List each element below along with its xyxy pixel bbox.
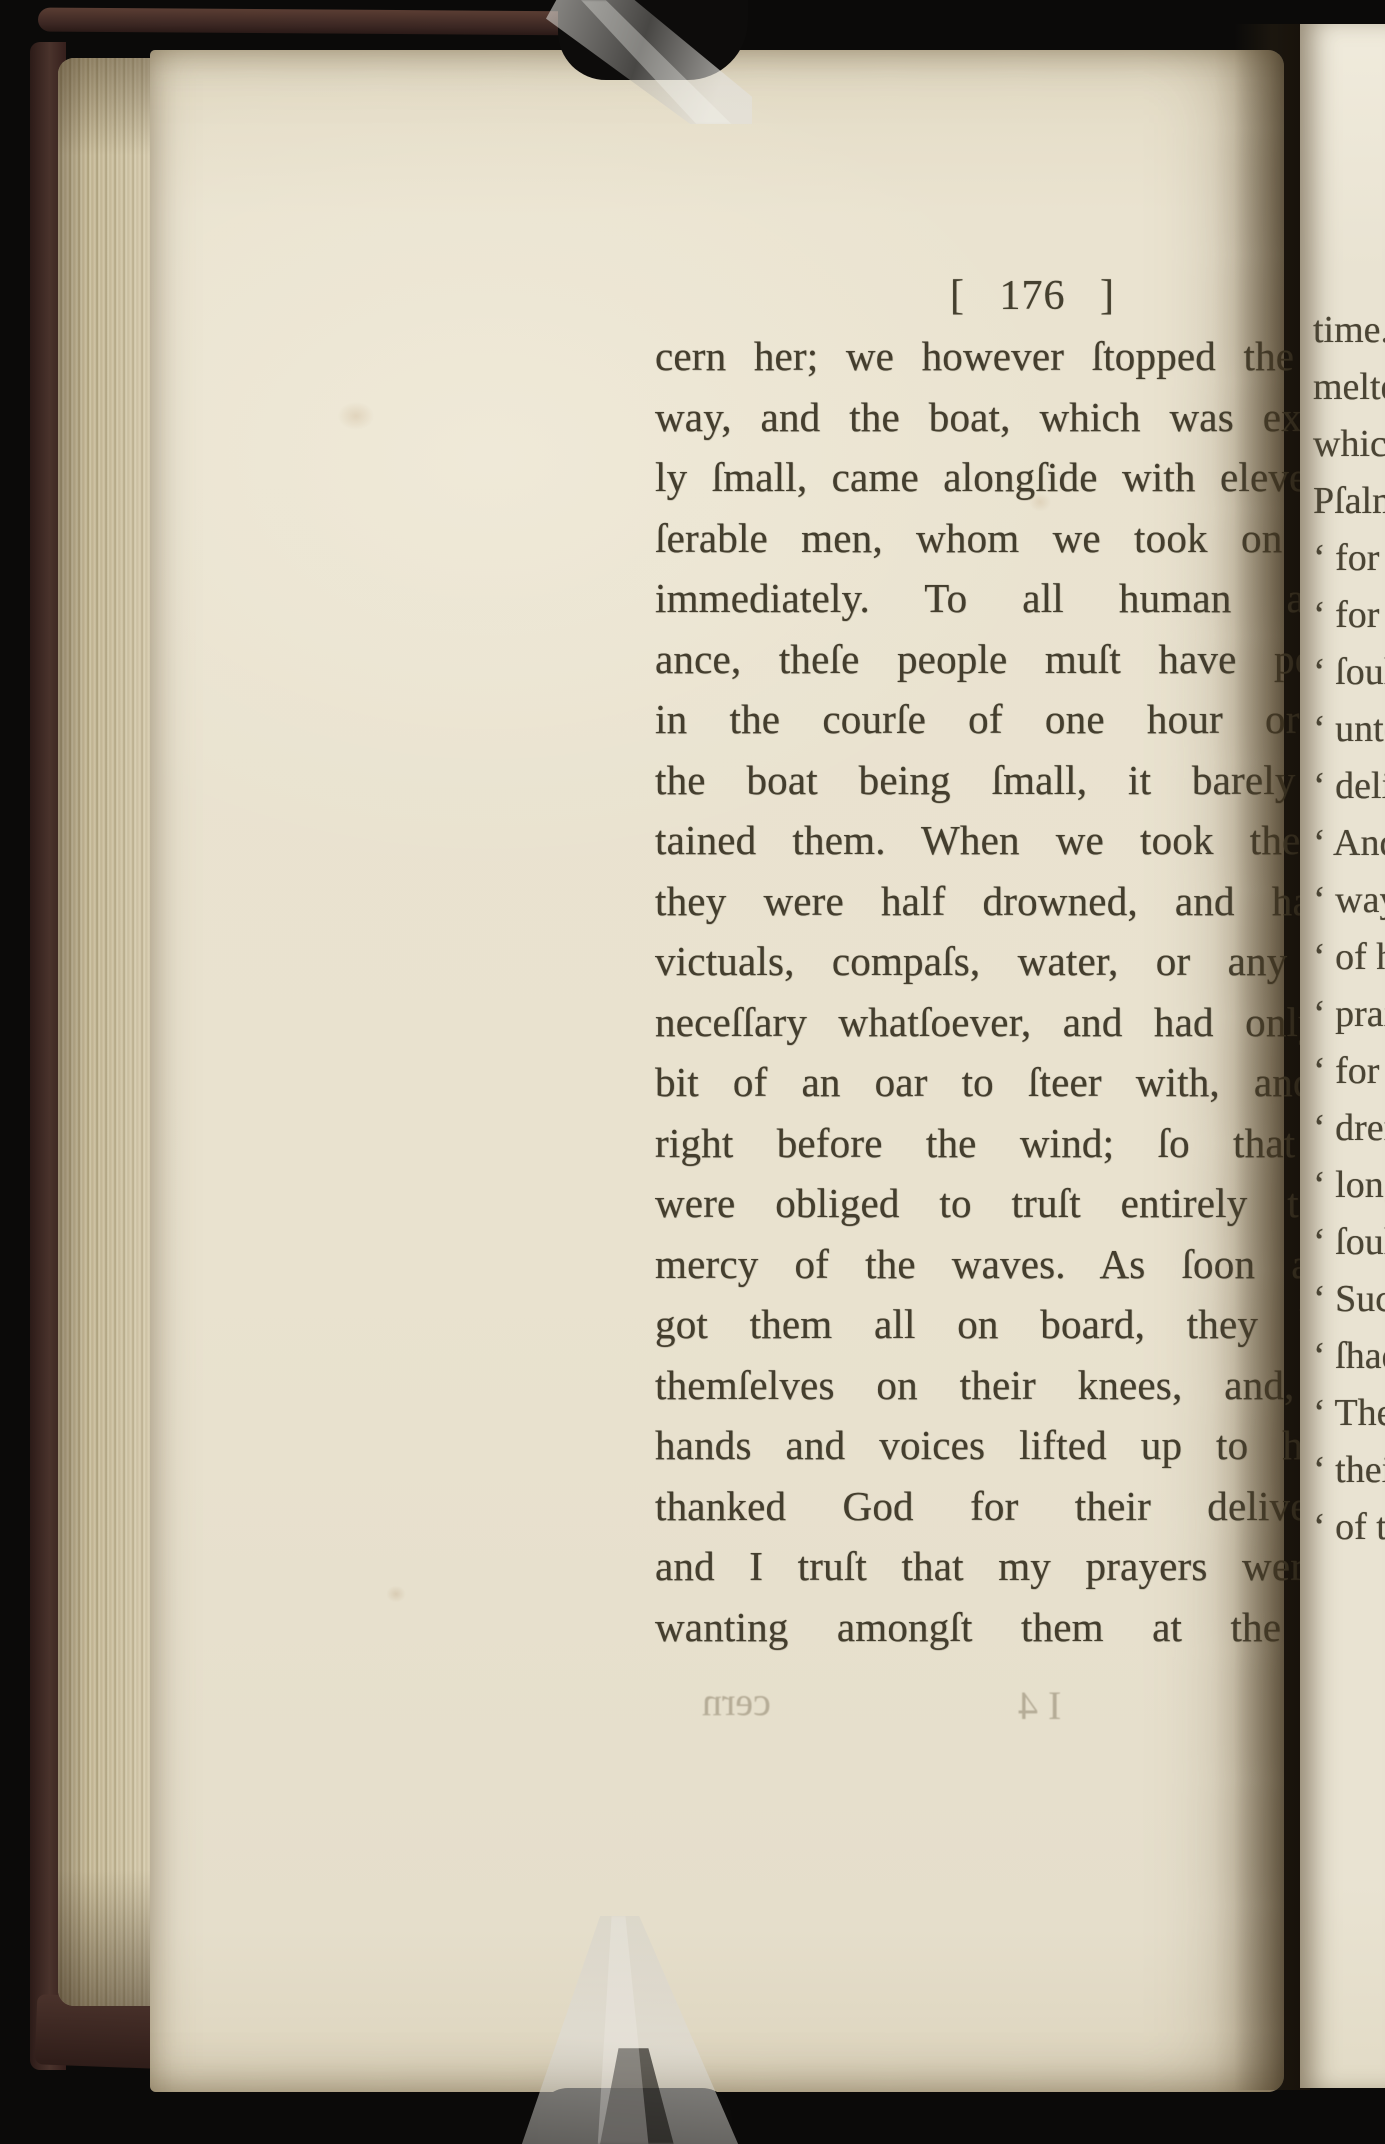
facing-page-fragment: ‘ delive	[1313, 758, 1385, 815]
facing-page-fragment: which I	[1313, 416, 1385, 473]
facing-page-fragment: ‘ for he	[1313, 530, 1385, 587]
book-scan-photo: [ 176 ] cern her; we however ſtopped the…	[0, 0, 1385, 2144]
facing-page-fragment: ‘ way, t	[1313, 872, 1385, 929]
facing-page-fragment: ‘ of their	[1313, 1499, 1385, 1556]
page-fore-edge-stack	[58, 58, 156, 2006]
facing-page-fragment: ‘ The	[1313, 1385, 1385, 1442]
facing-page-fragment: ‘ Suc	[1313, 1271, 1385, 1328]
facing-page-fragment: ‘ ſhadow	[1313, 1328, 1385, 1385]
facing-page-fragment: ‘ of ha	[1313, 929, 1385, 986]
facing-page-fragment: Pſalm, ‘	[1313, 473, 1385, 530]
facing-page-fragments: time.melted mwhich IPſalm, ‘‘ for he‘ fo…	[1313, 302, 1385, 1556]
facing-page-fragment: ‘ unto t	[1313, 701, 1385, 758]
showthrough-signature-mark: I 4	[1018, 1682, 1061, 1729]
facing-page-fragment: ‘ dren	[1313, 1100, 1385, 1157]
facing-page-fragment: ‘ for ev	[1313, 587, 1385, 644]
book-page: [ 176 ] cern her; we however ſtopped the…	[150, 50, 1284, 2092]
facing-page-fragment: ‘ their tr	[1313, 1442, 1385, 1499]
facing-page-fragment: time.	[1313, 302, 1385, 359]
facing-page-fragment: ‘ ſouls	[1313, 644, 1385, 701]
facing-page-sliver: time.melted mwhich IPſalm, ‘‘ for he‘ fo…	[1300, 24, 1385, 2088]
facing-page-fragment: ‘ ſoul v	[1313, 1214, 1385, 1271]
gutter-shadow	[1234, 24, 1310, 2090]
facing-page-fragment: ‘ And h	[1313, 815, 1385, 872]
page-holding-strap-bottom	[515, 1916, 745, 2144]
facing-page-fragment: ‘ longin	[1313, 1157, 1385, 1214]
facing-page-fragment: ‘ praiſe	[1313, 986, 1385, 1043]
page-holding-strap-top	[546, 0, 752, 124]
showthrough-catchword: cern	[702, 1678, 771, 1725]
facing-page-fragment: melted m	[1313, 359, 1385, 416]
facing-page-fragment: ‘ for his	[1313, 1043, 1385, 1100]
